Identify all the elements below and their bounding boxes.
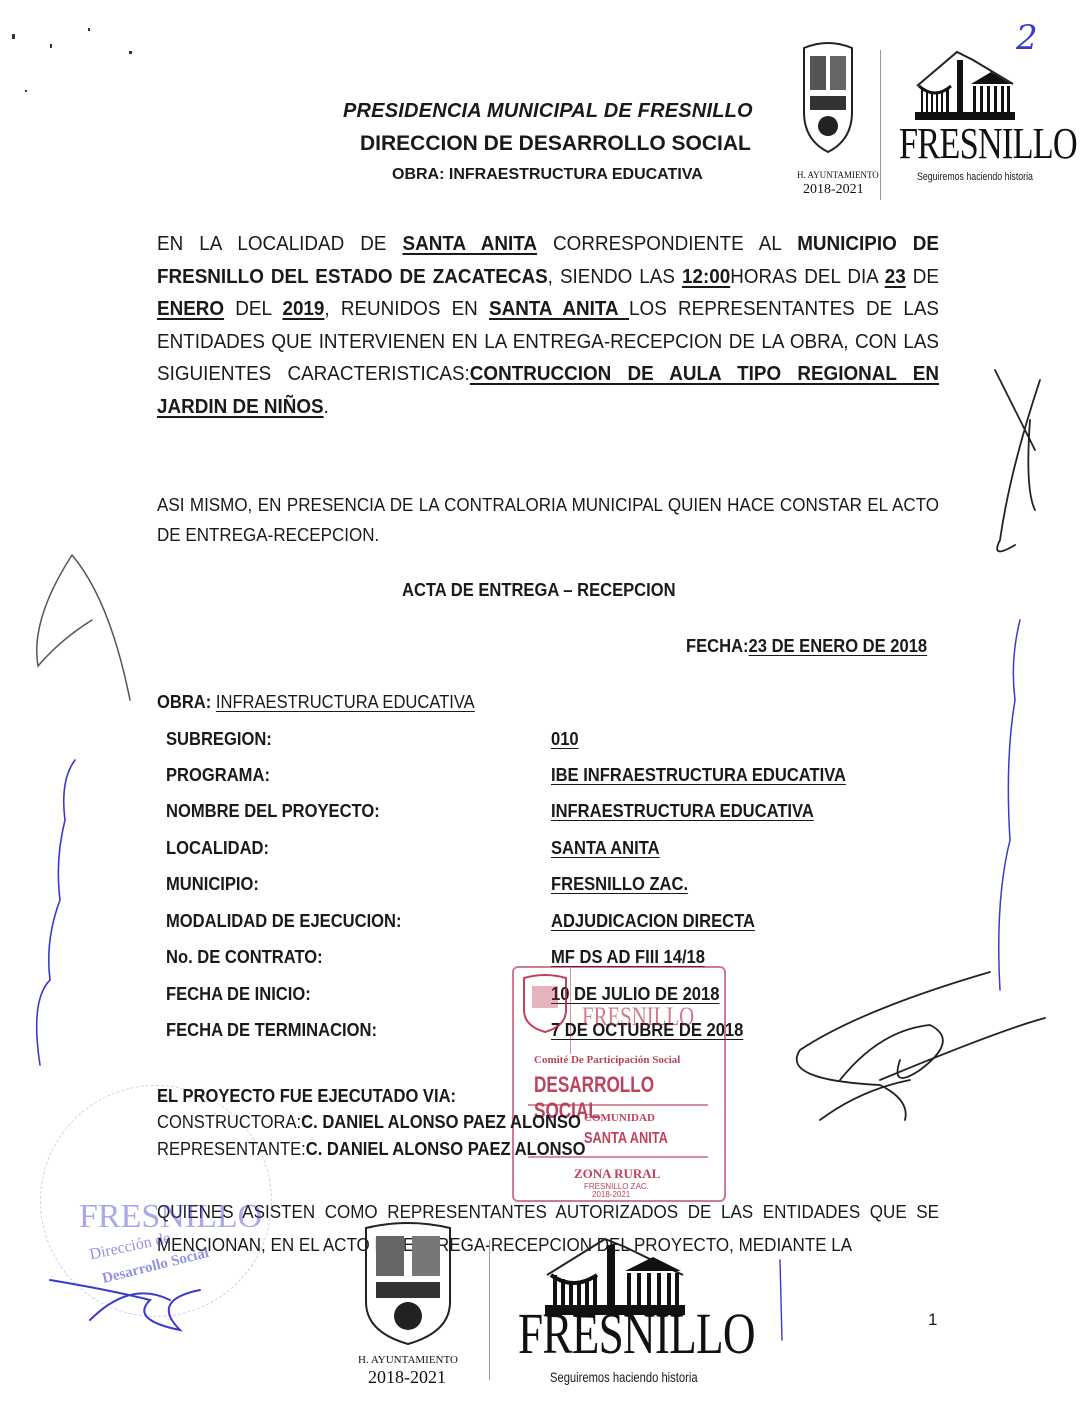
right-signature-dark	[995, 370, 1040, 551]
bottom-ayuntamiento-label: H. AYUNTAMIENTO	[358, 1354, 458, 1366]
bottom-logo-divider	[489, 1240, 490, 1380]
large-signature-dark	[797, 972, 1045, 1120]
shield-icon	[360, 1222, 456, 1347]
left-signature-dark	[37, 555, 130, 700]
blue-vertical-line	[780, 1260, 782, 1340]
bottom-fresnillo-brand: FRESNILLO	[518, 1300, 755, 1367]
left-handwriting-blue	[37, 760, 75, 1065]
page-number: 1	[928, 1310, 937, 1330]
bottom-ayuntamiento-years: 2018-2021	[368, 1367, 446, 1388]
right-handwriting-blue	[999, 620, 1020, 990]
signature-strokes	[0, 0, 1083, 1404]
blue-initial-scribble	[50, 1280, 200, 1330]
bottom-fresnillo-slogan: Seguiremos haciendo historia	[550, 1369, 698, 1385]
bottom-coat-of-arms-logo	[360, 1222, 456, 1347]
